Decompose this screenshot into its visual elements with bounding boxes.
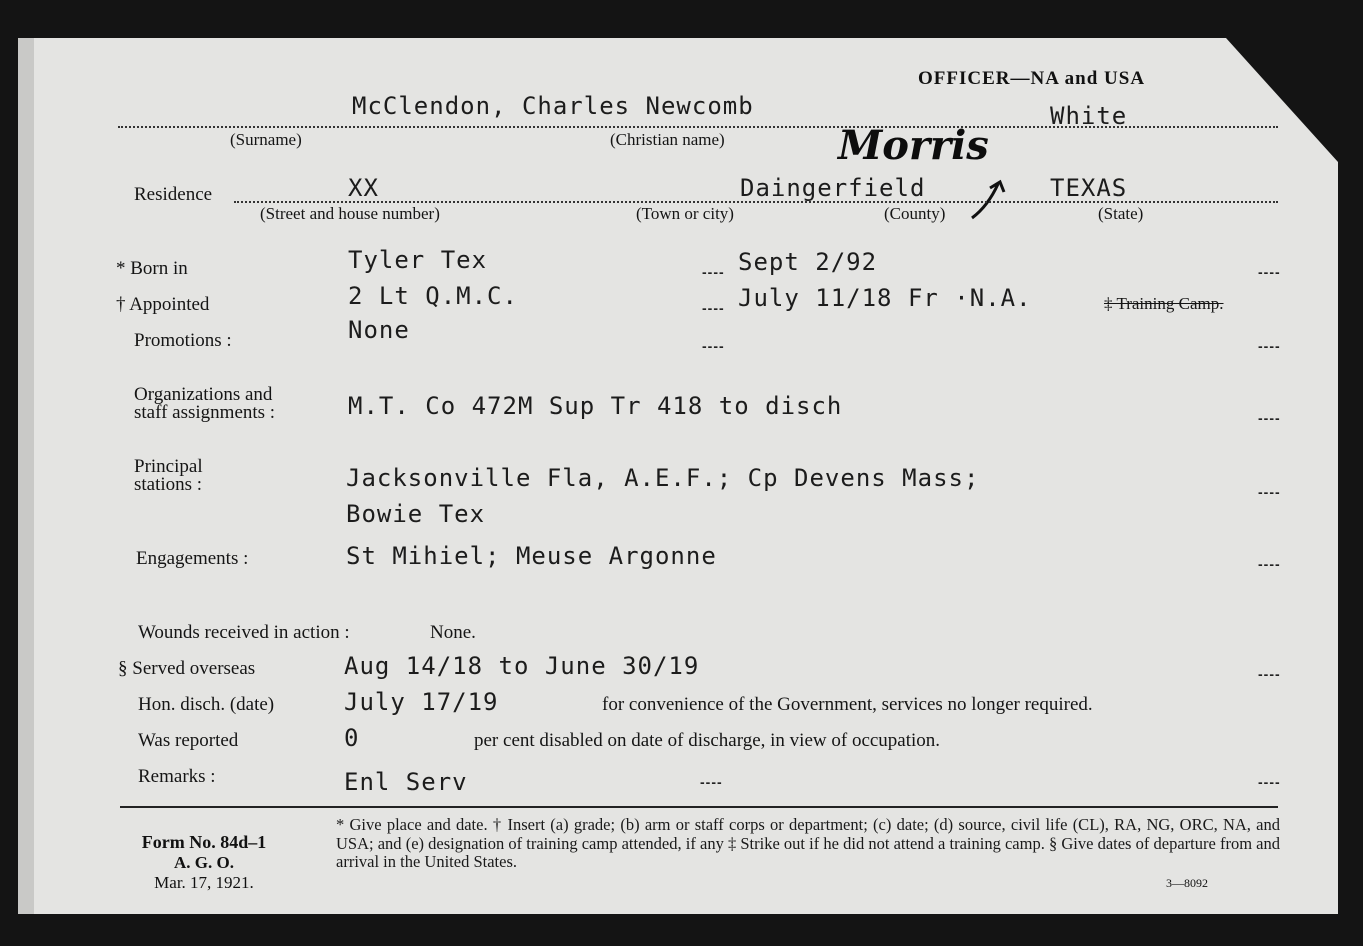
discharge-reason: for convenience of the Government, servi… — [602, 694, 1093, 716]
organizations-value: M.T. Co 472M Sup Tr 418 to disch — [348, 392, 842, 420]
born-place: Tyler Tex — [348, 246, 487, 274]
blank-marker: ---- — [702, 300, 725, 316]
discharge-label: Hon. disch. (date) — [138, 694, 274, 716]
organizations-label-line-2: staff assignments : — [134, 404, 275, 422]
blank-marker: ---- — [702, 264, 725, 280]
form-ago: A. G. O. — [116, 853, 292, 873]
name-dotted-line — [118, 126, 1278, 128]
appointed-date: July 11/18 Fr ·N.A. — [738, 284, 1032, 312]
footer-divider — [120, 806, 1278, 808]
promotions-value: None — [348, 316, 410, 344]
residence-label: Residence — [134, 184, 212, 206]
residence-street: XX — [348, 174, 379, 202]
appointed-grade: 2 Lt Q.M.C. — [348, 282, 518, 310]
full-name: McClendon, Charles Newcomb — [352, 92, 754, 120]
stations-label-line-2: stations : — [134, 476, 203, 494]
town-caption: (Town or city) — [636, 204, 734, 224]
discharge-date: July 17/19 — [344, 688, 499, 716]
residence-state: TEXAS — [1050, 174, 1127, 202]
footer-instructions: * Give place and date. † Insert (a) grad… — [336, 816, 1280, 872]
blank-marker: ---- — [1258, 264, 1281, 280]
wounds-label: Wounds received in action : — [138, 622, 350, 644]
reported-label: Was reported — [138, 730, 238, 752]
handwritten-arrow-icon — [968, 176, 1014, 222]
wounds-value: None. — [430, 622, 476, 644]
form-number: Form No. 84d–1 — [116, 832, 292, 853]
stations-value-line-1: Jacksonville Fla, A.E.F.; Cp Devens Mass… — [346, 464, 979, 492]
remarks-value: Enl Serv — [344, 768, 468, 796]
overseas-value: Aug 14/18 to June 30/19 — [344, 652, 699, 680]
overseas-label: § Served overseas — [118, 658, 255, 680]
state-caption: (State) — [1098, 204, 1143, 224]
blank-marker: ---- — [1258, 410, 1281, 426]
engagements-value: St Mihiel; Meuse Argonne — [346, 542, 717, 570]
form-identification: Form No. 84d–1 A. G. O. Mar. 17, 1921. — [116, 832, 292, 893]
engagements-label: Engagements : — [136, 548, 248, 570]
blank-marker: ---- — [1258, 556, 1281, 572]
residence-dotted-line — [234, 201, 1278, 203]
form-date: Mar. 17, 1921. — [116, 873, 292, 893]
christian-name-caption: (Christian name) — [610, 130, 725, 150]
disability-text: per cent disabled on date of discharge, … — [474, 730, 940, 752]
organizations-label: Organizations and staff assignments : — [134, 386, 275, 422]
residence-town: Daingerfield — [740, 174, 925, 202]
promotions-label: Promotions : — [134, 330, 232, 352]
blank-marker: ---- — [1258, 338, 1281, 354]
blank-marker: ---- — [1258, 774, 1281, 790]
card-type-heading: OFFICER—NA and USA — [918, 68, 1145, 90]
county-caption: (County) — [884, 204, 945, 224]
stations-label: Principal stations : — [134, 458, 203, 494]
appointed-label: † Appointed — [116, 294, 209, 316]
born-label: * Born in — [116, 258, 188, 280]
surname-caption: (Surname) — [230, 130, 302, 150]
disability-percent: 0 — [344, 724, 359, 752]
remarks-label: Remarks : — [138, 766, 216, 788]
blank-marker: ---- — [702, 338, 725, 354]
born-date: Sept 2/92 — [738, 248, 877, 276]
blank-marker: ---- — [700, 774, 723, 790]
handwritten-county: Morris — [838, 122, 989, 169]
blank-marker: ---- — [1258, 666, 1281, 682]
print-code: 3—8092 — [1166, 876, 1208, 891]
card-edge — [18, 38, 34, 914]
street-caption: (Street and house number) — [260, 204, 440, 224]
training-camp-label: ‡ Training Camp. — [1104, 294, 1224, 314]
blank-marker: ---- — [1258, 484, 1281, 500]
stations-value-line-2: Bowie Tex — [346, 500, 485, 528]
